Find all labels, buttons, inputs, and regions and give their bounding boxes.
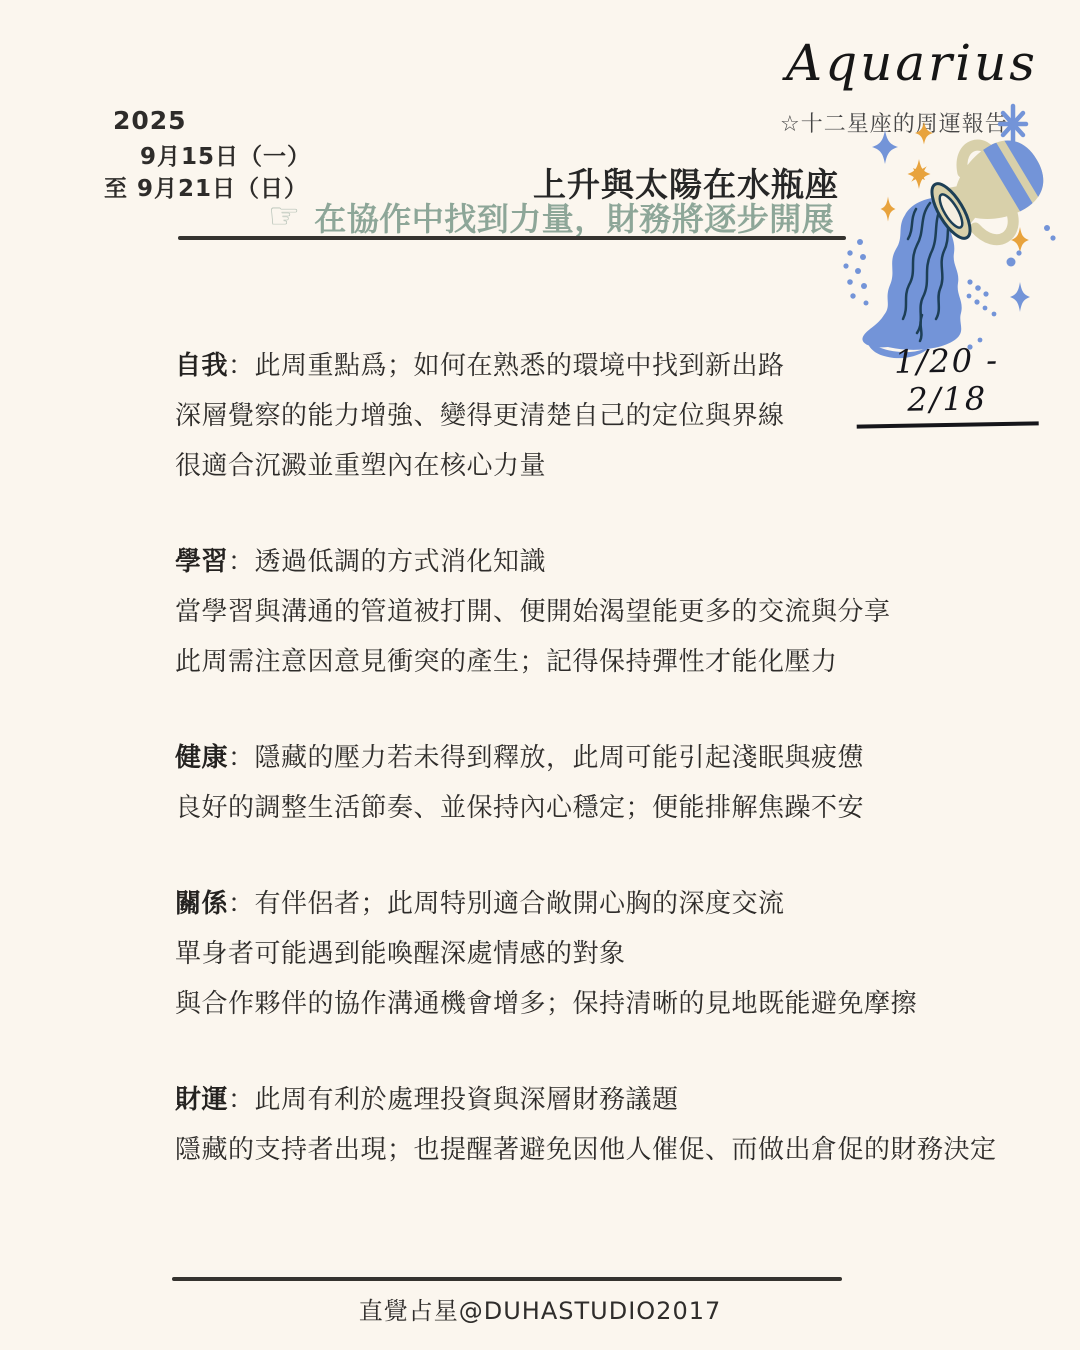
footer-credit: 直覺占星@DUHASTUDIO2017 xyxy=(0,1291,1080,1326)
section-label: 自我 xyxy=(175,351,228,381)
section-label: 健康 xyxy=(175,743,228,773)
aquarius-illustration xyxy=(820,85,1080,365)
section-line: 單身者可能遇到能喚醒深處情感的對象 xyxy=(175,929,1045,979)
week-start-date: 9月15日（一） xyxy=(140,138,311,171)
section-label: 學習 xyxy=(175,547,228,577)
blue-star-icon xyxy=(1010,282,1030,312)
gold-sparkle-icon xyxy=(881,197,896,222)
section-first-line: 關係：有伴侶者；此周特別適合敞開心胸的深度交流 xyxy=(175,879,1045,929)
section-colon: ： xyxy=(228,889,255,919)
blue-star-icon xyxy=(872,130,898,164)
section-health: 健康：隱藏的壓力若未得到釋放，此周可能引起淺眠與疲憊 良好的調整生活節奏、並保持… xyxy=(175,733,1045,833)
section-line: 與合作夥伴的協作溝通機會增多；保持清晰的見地既能避免摩擦 xyxy=(175,979,1045,1029)
weekly-tagline: ☞ 在協作中找到力量，財務將逐步開展 xyxy=(268,194,834,240)
footer-divider xyxy=(172,1277,842,1281)
pointing-hand-icon: ☞ xyxy=(268,199,300,235)
section-first-line: 自我：此周重點爲；如何在熟悉的環境中找到新出路 xyxy=(175,341,1045,391)
section-colon: ： xyxy=(228,351,255,381)
section-first-line: 學習：透過低調的方式消化知識 xyxy=(175,537,1045,587)
header-divider xyxy=(178,236,846,240)
year-label: 2025 xyxy=(113,106,187,135)
tagline-text: 在協作中找到力量，財務將逐步開展 xyxy=(314,194,834,240)
section-first-line: 健康：隱藏的壓力若未得到釋放，此周可能引起淺眠與疲憊 xyxy=(175,733,1045,783)
section-self: 自我：此周重點爲；如何在熟悉的環境中找到新出路 深層覺察的能力增強、變得更清楚自… xyxy=(175,341,1045,491)
section-colon: ： xyxy=(228,743,255,773)
section-text: 此周有利於處理投資與深層財務議題 xyxy=(255,1085,679,1115)
weekly-horoscope-poster: 2025 9月15日（一） 至 9月21日（日） Aquarius ☆十二星座的… xyxy=(0,0,1080,1350)
section-first-line: 財運：此周有利於處理投資與深層財務議題 xyxy=(175,1075,1045,1125)
section-line: 隱藏的支持者出現；也提醒著避免因他人催促、而做出倉促的財務決定 xyxy=(175,1125,1045,1175)
section-line: 此周需注意因意見衝突的產生；記得保持彈性才能化壓力 xyxy=(175,637,1045,687)
gold-sparkle-icon xyxy=(915,122,933,145)
burst-star-icon xyxy=(1000,106,1026,142)
horoscope-sections: 自我：此周重點爲；如何在熟悉的環境中找到新出路 深層覺察的能力增強、變得更清楚自… xyxy=(175,341,1045,1221)
sign-name-title: Aquarius xyxy=(778,34,1046,92)
section-text: 此周重點爲；如何在熟悉的環境中找到新出路 xyxy=(255,351,785,381)
section-line: 良好的調整生活節奏、並保持內心穩定；便能排解焦躁不安 xyxy=(175,783,1045,833)
section-label: 財運 xyxy=(175,1085,228,1115)
gold-eight-ray-star-icon xyxy=(905,159,933,189)
section-line: 很適合沉澱並重塑內在核心力量 xyxy=(175,441,1045,491)
section-study: 學習：透過低調的方式消化知識 當學習與溝通的管道被打開、便開始渴望能更多的交流與… xyxy=(175,537,1045,687)
section-text: 透過低調的方式消化知識 xyxy=(255,547,547,577)
section-line: 深層覺察的能力增強、變得更清楚自己的定位與界線 xyxy=(175,391,1045,441)
section-relationship: 關係：有伴侶者；此周特別適合敞開心胸的深度交流 單身者可能遇到能喚醒深處情感的對… xyxy=(175,879,1045,1029)
section-text: 隱藏的壓力若未得到釋放，此周可能引起淺眠與疲憊 xyxy=(255,743,865,773)
section-text: 有伴侶者；此周特別適合敞開心胸的深度交流 xyxy=(255,889,785,919)
section-colon: ： xyxy=(228,1085,255,1115)
section-colon: ： xyxy=(228,547,255,577)
section-line: 當學習與溝通的管道被打開、便開始渴望能更多的交流與分享 xyxy=(175,587,1045,637)
section-wealth: 財運：此周有利於處理投資與深層財務議題 隱藏的支持者出現；也提醒著避免因他人催促… xyxy=(175,1075,1045,1175)
section-label: 關係 xyxy=(175,889,228,919)
